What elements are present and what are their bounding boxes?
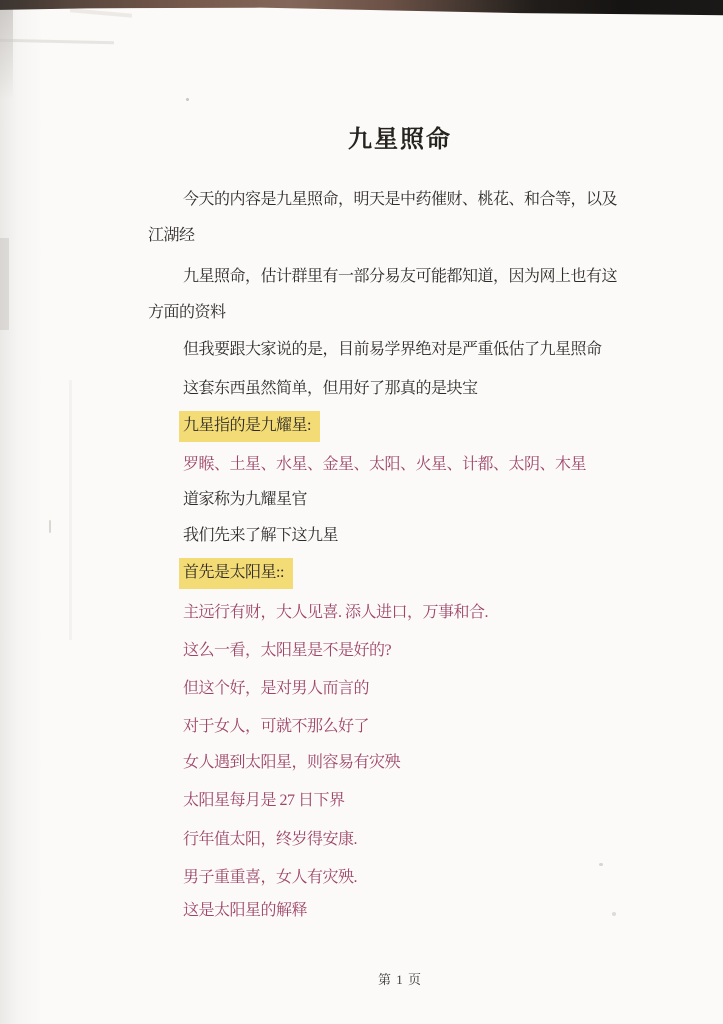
body-line: 但这个好，是对男人而言的 — [183, 679, 369, 699]
scan-streak-artifact — [69, 380, 72, 640]
scan-speck — [612, 912, 616, 916]
page-number: 第 1 页 — [150, 969, 650, 988]
highlighted-line: 首先是太阳星:: — [179, 558, 293, 589]
body-line: 这套东西虽然简单，但用好了那真的是块宝 — [183, 379, 478, 399]
yellow-highlight: 九星指的是九耀星: — [179, 411, 320, 442]
body-line: 太阳星每月是 27 日下界 — [183, 791, 345, 811]
body-line: 男子重重喜，女人有灾殃. — [183, 868, 357, 888]
body-line: 行年值太阳，终岁得安康. — [183, 830, 357, 850]
scanned-document-page: 九星照命 今天的内容是九星照命，明天是中药催财、桃花、和合等，以及 江湖经 九星… — [0, 0, 723, 1024]
body-line: 我们先来了解下这九星 — [183, 526, 338, 546]
body-line: 道家称为九耀星官 — [183, 490, 307, 510]
highlighted-line: 九星指的是九耀星: — [179, 411, 320, 442]
yellow-highlight: 首先是太阳星:: — [179, 558, 293, 589]
body-line: 江湖经 — [148, 226, 195, 246]
paper-torn-edge — [0, 39, 114, 44]
scan-speck — [599, 863, 603, 866]
scan-speck — [186, 98, 189, 101]
paper-torn-edge — [70, 8, 132, 17]
body-line: 九星照命，估计群里有一部分易友可能都知道，因为网上也有这 — [183, 267, 617, 287]
body-line: 这是太阳星的解释 — [183, 901, 307, 921]
body-line: 方面的资料 — [148, 303, 226, 323]
document-title: 九星照命 — [150, 119, 650, 154]
body-line: 这么一看，太阳星是不是好的? — [183, 641, 391, 661]
body-line: 女人遇到太阳星，则容易有灾殃 — [183, 753, 400, 773]
scan-edge-shading — [0, 238, 9, 330]
body-line: 主远行有财，大人见喜. 添人进口，万事和合. — [183, 603, 488, 623]
body-line: 但我要跟大家说的是，目前易学界绝对是严重低估了九星照命 — [183, 340, 602, 360]
body-line: 对于女人，可就不那么好了 — [183, 717, 369, 737]
body-line: 罗睺、土星、水星、金星、太阳、火星、计都、太阴、木星 — [183, 455, 586, 475]
body-line: 今天的内容是九星照命，明天是中药催财、桃花、和合等，以及 — [183, 190, 617, 210]
scan-edge-shading — [0, 0, 13, 100]
scan-crease-mark — [49, 520, 51, 533]
